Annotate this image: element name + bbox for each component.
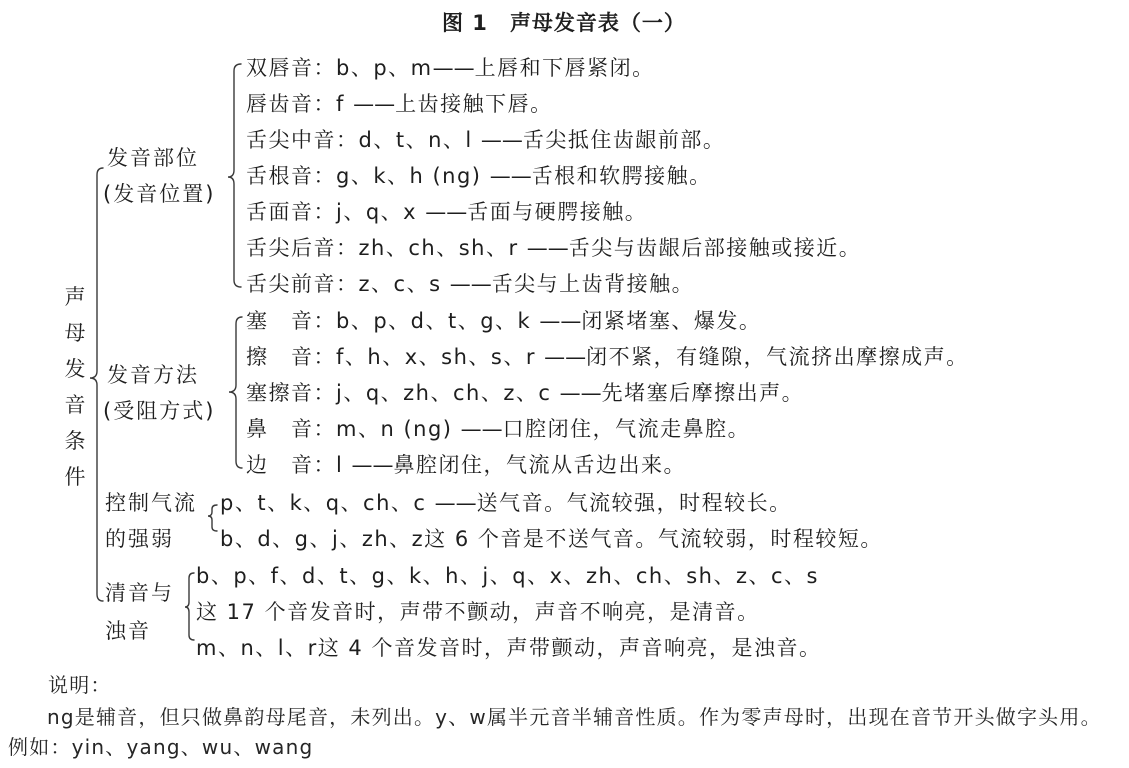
- voicing-label-line-2: 浊音: [105, 612, 174, 650]
- colon: ：: [336, 128, 359, 152]
- colon: ：: [314, 309, 337, 333]
- notes-example: 例如：yin、yang、wu、wang: [8, 732, 313, 762]
- voiceless-initials-line: b、p、f、d、t、g、k、h、j、q、x、zh、ch、sh、z、c、s: [196, 558, 821, 594]
- place-of-articulation-list: 双唇音：b、p、m——上唇和下唇紧闭。 唇齿音：f ——上齿接触下唇。 舌尖中音…: [246, 50, 861, 302]
- list-item: 唇齿音：f ——上齿接触下唇。: [246, 86, 861, 122]
- description: 闭紧堵塞、爆发。: [581, 309, 761, 333]
- colon: ：: [314, 164, 337, 188]
- figure-number: 图 1: [442, 11, 488, 35]
- category-label: 塞擦音: [246, 381, 314, 405]
- list-item: 舌尖后音：zh、ch、sh、r ——舌尖与齿龈后部接触或接近。: [246, 230, 861, 266]
- voicing-label: 清音与 浊音: [105, 574, 174, 650]
- manner-of-articulation-label: 发音方法 (受阻方式): [107, 357, 215, 429]
- description: 舌尖抵住齿龈前部。: [523, 128, 726, 152]
- list-item: 塞 音：b、p、d、t、g、k ——闭紧堵塞、爆发。: [246, 303, 969, 339]
- place-of-articulation-label: 发音部位 (发音位置): [107, 140, 215, 212]
- category-label: 擦 音: [246, 345, 314, 369]
- description: 送气音。气流较强，时程较长。: [477, 491, 792, 515]
- initials: b、p、m: [336, 56, 433, 80]
- colon: ：: [314, 381, 337, 405]
- dash: ——: [490, 164, 532, 188]
- description: 上唇和下唇紧闭。: [475, 56, 655, 80]
- dash: ——: [527, 236, 569, 260]
- notes-text: ng是辅音，但只做鼻韵母尾音，未列出。y、w属半元音半辅音性质。作为零声母时，出…: [47, 702, 1102, 732]
- initials: j、q、x: [336, 200, 425, 224]
- list-item: 鼻 音：m、n (ng) ——口腔闭住，气流走鼻腔。: [246, 411, 969, 447]
- initials: z、c、s: [359, 272, 450, 296]
- aspiration-label-line-2: 的强弱: [105, 521, 197, 557]
- dash: ——: [539, 309, 581, 333]
- initials: g、k、h (ng): [336, 164, 490, 188]
- list-item: 塞擦音：j、q、zh、ch、z、c ——先堵塞后摩擦出声。: [246, 375, 969, 411]
- aspiration-list: p、t、k、q、ch、c ——送气音。气流较强，时程较长。 b、d、g、j、zh…: [220, 485, 883, 557]
- brace-place-of-articulation: [228, 64, 241, 287]
- manner-label: 发音方法: [107, 357, 215, 393]
- voicing-label-line-1: 清音与: [105, 574, 174, 612]
- description: 先堵塞后摩擦出声。: [602, 381, 805, 405]
- list-item: 舌根音：g、k、h (ng) ——舌根和软腭接触。: [246, 158, 861, 194]
- description: 鼻腔闭住，气流从舌边出来。: [394, 453, 687, 477]
- place-sublabel: (发音位置): [103, 176, 215, 212]
- category-label: 舌尖后音: [246, 236, 336, 260]
- category-label: 舌根音: [246, 164, 314, 188]
- aspirated-line: p、t、k、q、ch、c ——送气音。气流较强，时程较长。: [220, 485, 883, 521]
- category-label: 边 音: [246, 453, 314, 477]
- description: 口腔闭住，气流走鼻腔。: [503, 417, 751, 441]
- colon: ：: [314, 200, 337, 224]
- dash: ——: [544, 345, 586, 369]
- brace-manner-of-articulation: [229, 317, 242, 468]
- unaspirated-line: b、d、g、j、zh、z这 6 个音是不送气音。气流较弱，时程较短。: [220, 521, 883, 557]
- manner-of-articulation-list: 塞 音：b、p、d、t、g、k ——闭紧堵塞、爆发。 擦 音：f、h、x、sh、…: [246, 303, 969, 483]
- description: 舌尖与齿龈后部接触或接近。: [569, 236, 862, 260]
- brace-voicing: [185, 573, 194, 640]
- category-label: 塞 音: [246, 309, 314, 333]
- category-label: 舌面音: [246, 200, 314, 224]
- voiceless-description-line: 这 17 个音发音时，声带不颤动，声音不响亮，是清音。: [196, 594, 821, 630]
- description: 闭不紧，有缝隙，气流挤出摩擦成声。: [586, 345, 969, 369]
- dash: ——: [353, 92, 395, 116]
- description: 上齿接触下唇。: [395, 92, 553, 116]
- initials: b、p、d、t、g、k: [336, 309, 539, 333]
- dash: ——: [481, 128, 523, 152]
- initials: f: [336, 92, 353, 116]
- list-item: 舌面音：j、q、x ——舌面与硬腭接触。: [246, 194, 861, 230]
- colon: ：: [314, 56, 337, 80]
- initials: f、h、x、sh、s、r: [336, 345, 544, 369]
- list-item: 舌尖中音：d、t、n、l ——舌尖抵住齿龈前部。: [246, 122, 861, 158]
- list-item: 擦 音：f、h、x、sh、s、r ——闭不紧，有缝隙，气流挤出摩擦成声。: [246, 339, 969, 375]
- dash: ——: [450, 272, 492, 296]
- description: 舌尖与上齿背接触。: [492, 272, 695, 296]
- initials: zh、ch、sh、r: [359, 236, 527, 260]
- category-label: 双唇音: [246, 56, 314, 80]
- dash: ——: [560, 381, 602, 405]
- voiced-line: m、n、l、r这 4 个音发音时，声带颤动，声音响亮，是浊音。: [196, 630, 821, 666]
- aspiration-label-line-1: 控制气流: [105, 485, 197, 521]
- initials: m、n (ng): [336, 417, 461, 441]
- brace-aspiration: [208, 505, 217, 531]
- figure-title: 图 1声母发音表（一）: [442, 8, 686, 38]
- aspiration-label: 控制气流 的强弱: [105, 485, 197, 557]
- list-item: 舌尖前音：z、c、s ——舌尖与上齿背接触。: [246, 266, 861, 302]
- dash: ——: [425, 200, 467, 224]
- figure-title-text: 声母发音表（一）: [510, 11, 686, 35]
- initials: p、t、k、q、ch、c: [220, 491, 435, 515]
- colon: ：: [314, 417, 337, 441]
- dash: ——: [461, 417, 503, 441]
- dash: ——: [435, 491, 477, 515]
- colon: ：: [314, 453, 337, 477]
- colon: ：: [336, 272, 359, 296]
- brace-root: [90, 168, 103, 601]
- notes-heading: 说明：: [48, 670, 112, 700]
- category-label: 鼻 音: [246, 417, 314, 441]
- category-label: 唇齿音: [246, 92, 314, 116]
- voicing-list: b、p、f、d、t、g、k、h、j、q、x、zh、ch、sh、z、c、s 这 1…: [196, 558, 821, 666]
- manner-sublabel: (受阻方式): [103, 393, 215, 429]
- dash: ——: [352, 453, 394, 477]
- list-item: 双唇音：b、p、m——上唇和下唇紧闭。: [246, 50, 861, 86]
- dash: ——: [433, 56, 475, 80]
- initials: d、t、n、l: [359, 128, 481, 152]
- list-item: 边 音：l ——鼻腔闭住，气流从舌边出来。: [246, 447, 969, 483]
- colon: ：: [314, 92, 337, 116]
- category-label: 舌尖中音: [246, 128, 336, 152]
- category-label: 舌尖前音: [246, 272, 336, 296]
- colon: ：: [336, 236, 359, 260]
- initials: j、q、zh、ch、z、c: [336, 381, 560, 405]
- colon: ：: [314, 345, 337, 369]
- root-label: 声母发音条件: [64, 279, 86, 495]
- description: 舌根和软腭接触。: [532, 164, 712, 188]
- initials: l: [336, 453, 352, 477]
- place-label: 发音部位: [107, 140, 215, 176]
- description: 舌面与硬腭接触。: [467, 200, 647, 224]
